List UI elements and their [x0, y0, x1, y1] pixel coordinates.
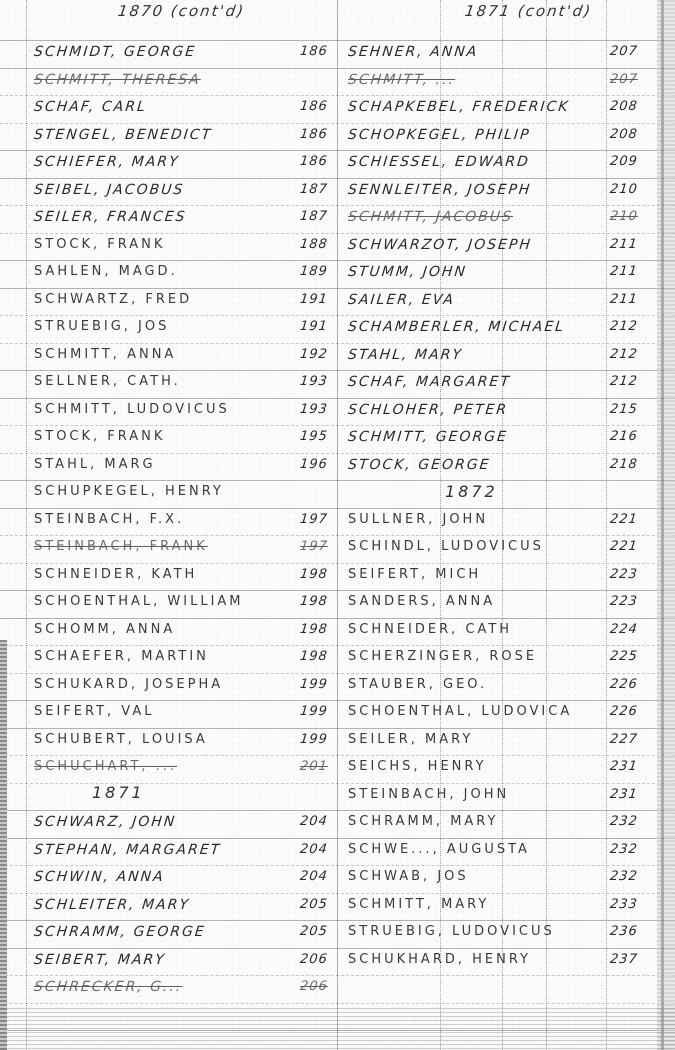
ledger-entry-name: SCHINDL, LUDOVICUS	[348, 539, 544, 554]
page-number-column-rule	[606, 0, 607, 1050]
ledger-entry-page: 208	[609, 99, 638, 114]
ledger-entry-name: SCHAPKEBEL, FREDERICK	[347, 99, 570, 115]
ledger-entry-page: 231	[609, 787, 638, 802]
ledger-entry-name: SCHLOHER, PETER	[347, 402, 509, 418]
left-column-header: 1870 (cont'd)	[117, 2, 247, 20]
ledger-entry-name: SCHMITT, ANNA	[34, 347, 176, 362]
ledger-entry-name: SCHIESSEL, EDWARD	[347, 154, 531, 170]
ledger-entry-name: STAUBER, GEO.	[348, 677, 487, 692]
ledger-entry-name: SCHMITT, THERESA	[33, 72, 201, 88]
ledger-entry-page: 199	[299, 732, 328, 747]
ledger-entry-name: STEPHAN, MARGARET	[33, 842, 222, 858]
ledger-entry-page: 193	[299, 374, 328, 389]
page-left-edge-shadow	[0, 640, 7, 1050]
ledger-entry-page: 226	[609, 677, 638, 692]
ledger-entry-page: 207	[609, 72, 638, 87]
ledger-entry-page: 205	[299, 924, 328, 939]
ledger-entry-name: SCHNEIDER, KATH	[34, 567, 197, 582]
ledger-entry-page: 211	[609, 264, 638, 279]
ledger-entry-name: SCHWAB, JOS	[348, 869, 469, 884]
year-marker: 1871	[92, 783, 145, 802]
ledger-page: 1870 (cont'd) 1871 (cont'd) SCHMIDT, GEO…	[0, 0, 675, 1050]
ledger-entry-name: STAHL, MARY	[347, 347, 464, 363]
ledger-entry-name: STEINBACH, JOHN	[348, 787, 509, 802]
ledger-entry-name: SCHUPKEGEL, HENRY	[34, 484, 224, 499]
ledger-entry-page: 204	[299, 869, 328, 884]
ledger-entry-page: 206	[299, 952, 328, 967]
ledger-entry-page: 215	[609, 402, 638, 417]
ledger-entry-name: SEIFERT, MICH	[348, 567, 481, 582]
ledger-entry-page: 210	[609, 209, 638, 224]
column-rule	[546, 0, 547, 1050]
ledger-entry-name: SCHMITT, LUDOVICUS	[34, 402, 230, 417]
ledger-entry-name: STOCK, FRANK	[34, 429, 165, 444]
ledger-entry-page: 198	[299, 567, 328, 582]
ledger-entry-name: SCHUBERT, LOUISA	[34, 732, 208, 747]
ledger-entry-page: 199	[299, 704, 328, 719]
ledger-entry-page: 233	[609, 897, 638, 912]
ledger-entry-page: 197	[299, 512, 328, 527]
ledger-entry-name: SCHWARZ, JOHN	[33, 814, 177, 830]
ledger-entry-page: 224	[609, 622, 638, 637]
ledger-entry-name: SCHOENTHAL, WILLIAM	[34, 594, 244, 609]
ledger-entry-page: 186	[299, 154, 328, 169]
ledger-entry-page: 186	[299, 99, 328, 114]
ledger-entry-page: 225	[609, 649, 638, 664]
ledger-entry-page: 212	[609, 347, 638, 362]
ledger-entry-name: SCHMITT, GEORGE	[347, 429, 509, 445]
ledger-entry-name: SEIFERT, VAL	[34, 704, 154, 719]
ledger-entry-page: 191	[299, 292, 328, 307]
ledger-entry-name: SCHAEFER, MARTIN	[34, 649, 209, 664]
ledger-entry-name: SEIBERT, MARY	[33, 952, 166, 968]
ledger-entry-name: SEILER, FRANCES	[33, 209, 187, 225]
ledger-entry-name: SCHWE..., AUGUSTA	[348, 842, 530, 857]
ledger-entry-name: STEINBACH, F.X.	[34, 512, 184, 527]
ledger-entry-name: SCHWARZOT, JOSEPH	[347, 237, 533, 253]
ledger-entry-page: 207	[609, 44, 638, 59]
ledger-entry-page: 223	[609, 567, 638, 582]
ledger-entry-page: 218	[609, 457, 638, 472]
ledger-entry-page: 223	[609, 594, 638, 609]
ledger-entry-page: 189	[299, 264, 328, 279]
ledger-entry-name: SCHMITT, JACOBUS	[347, 209, 514, 225]
ledger-entry-name: STAHL, MARG	[34, 457, 156, 472]
ledger-entry-name: SCHRAMM, GEORGE	[33, 924, 206, 940]
ledger-entry-name: STRUEBIG, LUDOVICUS	[348, 924, 555, 939]
year-marker: 1872	[445, 482, 498, 501]
ledger-entry-name: SCHWARTZ, FRED	[34, 292, 192, 307]
ledger-entry-page: 212	[609, 374, 638, 389]
ledger-entry-page: 237	[609, 952, 638, 967]
ledger-entry-name: SCHUKARD, JOSEPHA	[34, 677, 223, 692]
ledger-entry-name: SCHOENTHAL, LUDOVICA	[348, 704, 572, 719]
ledger-entry-page: 198	[299, 622, 328, 637]
ledger-entry-name: SEIBEL, JACOBUS	[33, 182, 185, 198]
ledger-entry-name: SELLNER, CATH.	[34, 374, 181, 389]
ledger-entry-name: SEILER, MARY	[348, 732, 473, 747]
ledger-entry-name: SCHIEFER, MARY	[33, 154, 180, 170]
ledger-entry-page: 226	[609, 704, 638, 719]
ledger-entry-page: 188	[299, 237, 328, 252]
ledger-entry-name: SEICHS, HENRY	[348, 759, 487, 774]
ledger-entry-name: SANDERS, ANNA	[348, 594, 495, 609]
ledger-entry-name: STUMM, JOHN	[347, 264, 468, 280]
ledger-entry-page: 192	[299, 347, 328, 362]
ledger-entry-name: STOCK, FRANK	[34, 237, 165, 252]
ledger-entry-name: SCHERZINGER, ROSE	[348, 649, 537, 664]
ledger-entry-name: SCHOMM, ANNA	[34, 622, 175, 637]
page-bottom-ruling	[0, 1008, 675, 1050]
ledger-entry-page: 186	[299, 127, 328, 142]
ledger-entry-name: SAILER, EVA	[347, 292, 456, 308]
ledger-entry-name: SENNLEITER, JOSEPH	[347, 182, 532, 198]
ledger-entry-page: 197	[299, 539, 328, 554]
ledger-entry-page: 193	[299, 402, 328, 417]
ledger-entry-page: 205	[299, 897, 328, 912]
margin-rule	[26, 0, 27, 1050]
ledger-entry-page: 216	[609, 429, 638, 444]
ledger-entry-page: 186	[299, 44, 328, 59]
ledger-entry-name: SCHUCHART, ...	[34, 759, 177, 774]
ledger-entry-name: SULLNER, JOHN	[348, 512, 488, 527]
ledger-entry-name: SEHNER, ANNA	[347, 44, 479, 60]
page-binding-edge	[657, 0, 675, 1050]
ledger-entry-page: 221	[609, 539, 638, 554]
ledger-entry-name: SCHAMBERLER, MICHAEL	[347, 319, 566, 335]
ledger-entry-page: 232	[609, 814, 638, 829]
ledger-entry-name: SCHRAMM, MARY	[348, 814, 498, 829]
ledger-entry-name: STEINBACH, FRANK	[34, 539, 208, 554]
ledger-entry-page: 198	[299, 594, 328, 609]
ledger-entry-page: 212	[609, 319, 638, 334]
ledger-entry-name: SCHMITT, ...	[347, 72, 456, 88]
ledger-entry-page: 187	[299, 182, 328, 197]
ledger-entry-name: STOCK, GEORGE	[347, 457, 491, 473]
ledger-entry-page: 210	[609, 182, 638, 197]
ledger-entry-page: 208	[609, 127, 638, 142]
ledger-entry-page: 204	[299, 842, 328, 857]
ledger-entry-name: SCHLEITER, MARY	[33, 897, 191, 913]
ledger-entry-name: SCHRECKER, G...	[33, 979, 183, 995]
ledger-entry-page: 232	[609, 869, 638, 884]
ledger-entry-page: 191	[299, 319, 328, 334]
ledger-entry-page: 211	[609, 292, 638, 307]
ledger-entry-name: STENGEL, BENEDICT	[33, 127, 213, 143]
ledger-entry-page: 195	[299, 429, 328, 444]
ledger-entry-page: 201	[299, 759, 328, 774]
ledger-entry-page: 206	[299, 979, 328, 994]
ledger-entry-name: SCHOPKEGEL, PHILIP	[347, 127, 531, 143]
ledger-entry-page: 211	[609, 237, 638, 252]
ledger-entry-page: 187	[299, 209, 328, 224]
ledger-entry-name: SCHAF, CARL	[33, 99, 147, 115]
ledger-entry-page: 232	[609, 842, 638, 857]
ledger-entry-name: SCHWIN, ANNA	[33, 869, 165, 885]
ledger-entry-page: 221	[609, 512, 638, 527]
ledger-entry-name: STRUEBIG, JOS	[34, 319, 169, 334]
ledger-entry-page: 198	[299, 649, 328, 664]
ledger-entry-name: SAHLEN, MAGD.	[34, 264, 178, 279]
column-divider	[337, 0, 338, 1050]
ledger-entry-page: 227	[609, 732, 638, 747]
ledger-entry-name: SCHAF, MARGARET	[347, 374, 512, 390]
ledger-entry-page: 231	[609, 759, 638, 774]
ledger-entry-name: SCHMIDT, GEORGE	[33, 44, 197, 60]
ledger-entry-page: 199	[299, 677, 328, 692]
ledger-entry-page: 236	[609, 924, 638, 939]
ledger-entry-name: SCHMITT, MARY	[348, 897, 489, 912]
ledger-entry-page: 204	[299, 814, 328, 829]
ledger-entry-page: 209	[609, 154, 638, 169]
right-column-header: 1871 (cont'd)	[464, 2, 594, 20]
ledger-entry-page: 196	[299, 457, 328, 472]
ledger-entry-name: SCHUKHARD, HENRY	[348, 952, 531, 967]
ledger-entry-name: SCHNEIDER, CATH	[348, 622, 512, 637]
